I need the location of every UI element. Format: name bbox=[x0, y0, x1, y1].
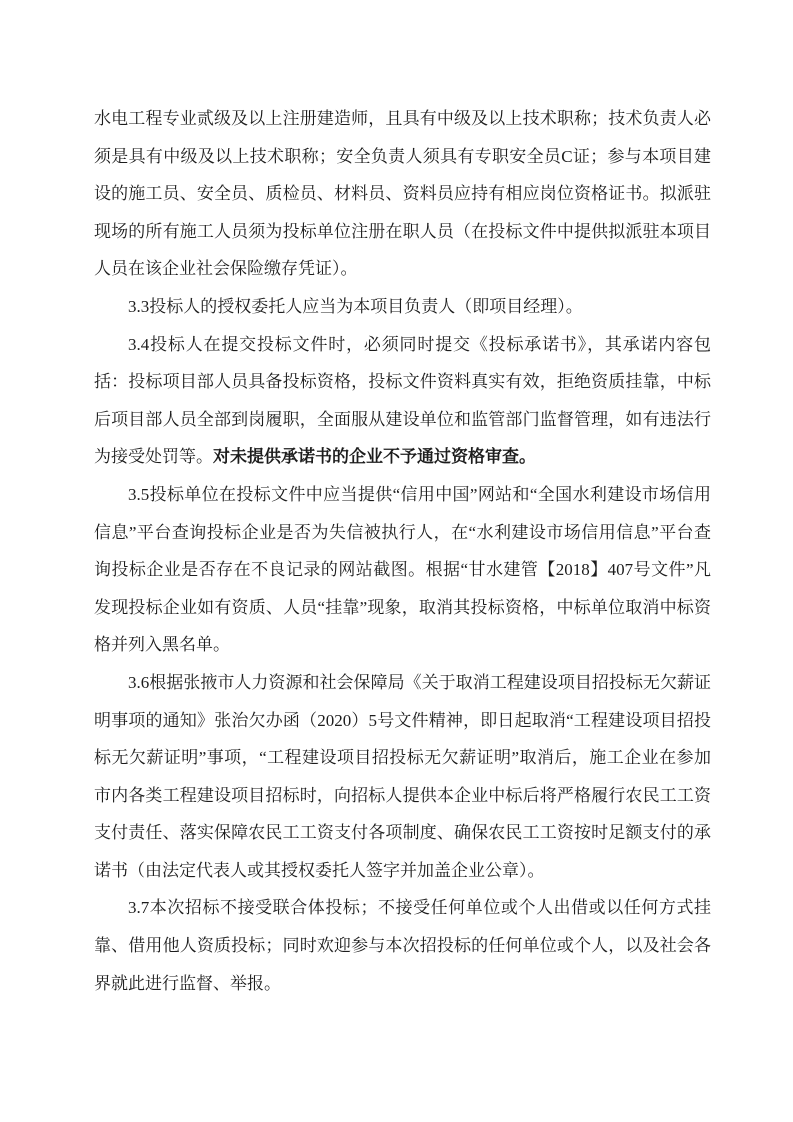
body-text: 水电工程专业贰级及以上注册建造师，且具有中级及以上技术职称；技术负责人必须是具有… bbox=[94, 109, 711, 278]
paragraph-3-6: 3.6根据张掖市人力资源和社会保障局《关于取消工程建设项目招投标无欠薪证明事项的… bbox=[94, 664, 711, 890]
paragraph-3-5: 3.5投标单位在投标文件中应当提供“信用中国”网站和“全国水利建设市场信用信息”… bbox=[94, 476, 711, 664]
paragraph-3-4: 3.4投标人在提交投标文件时，必须同时提交《投标承诺书》，其承诺内容包括：投标项… bbox=[94, 326, 711, 476]
bold-text: 对未提供承诺书的企业不予通过资格审查。 bbox=[213, 447, 536, 466]
document-page: 水电工程专业贰级及以上注册建造师，且具有中级及以上技术职称；技术负责人必须是具有… bbox=[0, 0, 793, 1122]
body-text: 3.6根据张掖市人力资源和社会保障局《关于取消工程建设项目招投标无欠薪证明事项的… bbox=[94, 673, 711, 880]
paragraph-3-3: 3.3投标人的授权委托人应当为本项目负责人（即项目经理）。 bbox=[94, 288, 711, 326]
paragraph-qualification-continuation: 水电工程专业贰级及以上注册建造师，且具有中级及以上技术职称；技术负责人必须是具有… bbox=[94, 100, 711, 288]
paragraph-3-7: 3.7本次招标不接受联合体投标；不接受任何单位或个人出借或以任何方式挂靠、借用他… bbox=[94, 889, 711, 1002]
document-body: 水电工程专业贰级及以上注册建造师，且具有中级及以上技术职称；技术负责人必须是具有… bbox=[94, 100, 711, 1002]
body-text: 3.5投标单位在投标文件中应当提供“信用中国”网站和“全国水利建设市场信用信息”… bbox=[94, 485, 711, 654]
body-text: 3.7本次招标不接受联合体投标；不接受任何单位或个人出借或以任何方式挂靠、借用他… bbox=[94, 898, 711, 992]
body-text: 3.3投标人的授权委托人应当为本项目负责人（即项目经理）。 bbox=[128, 297, 583, 316]
